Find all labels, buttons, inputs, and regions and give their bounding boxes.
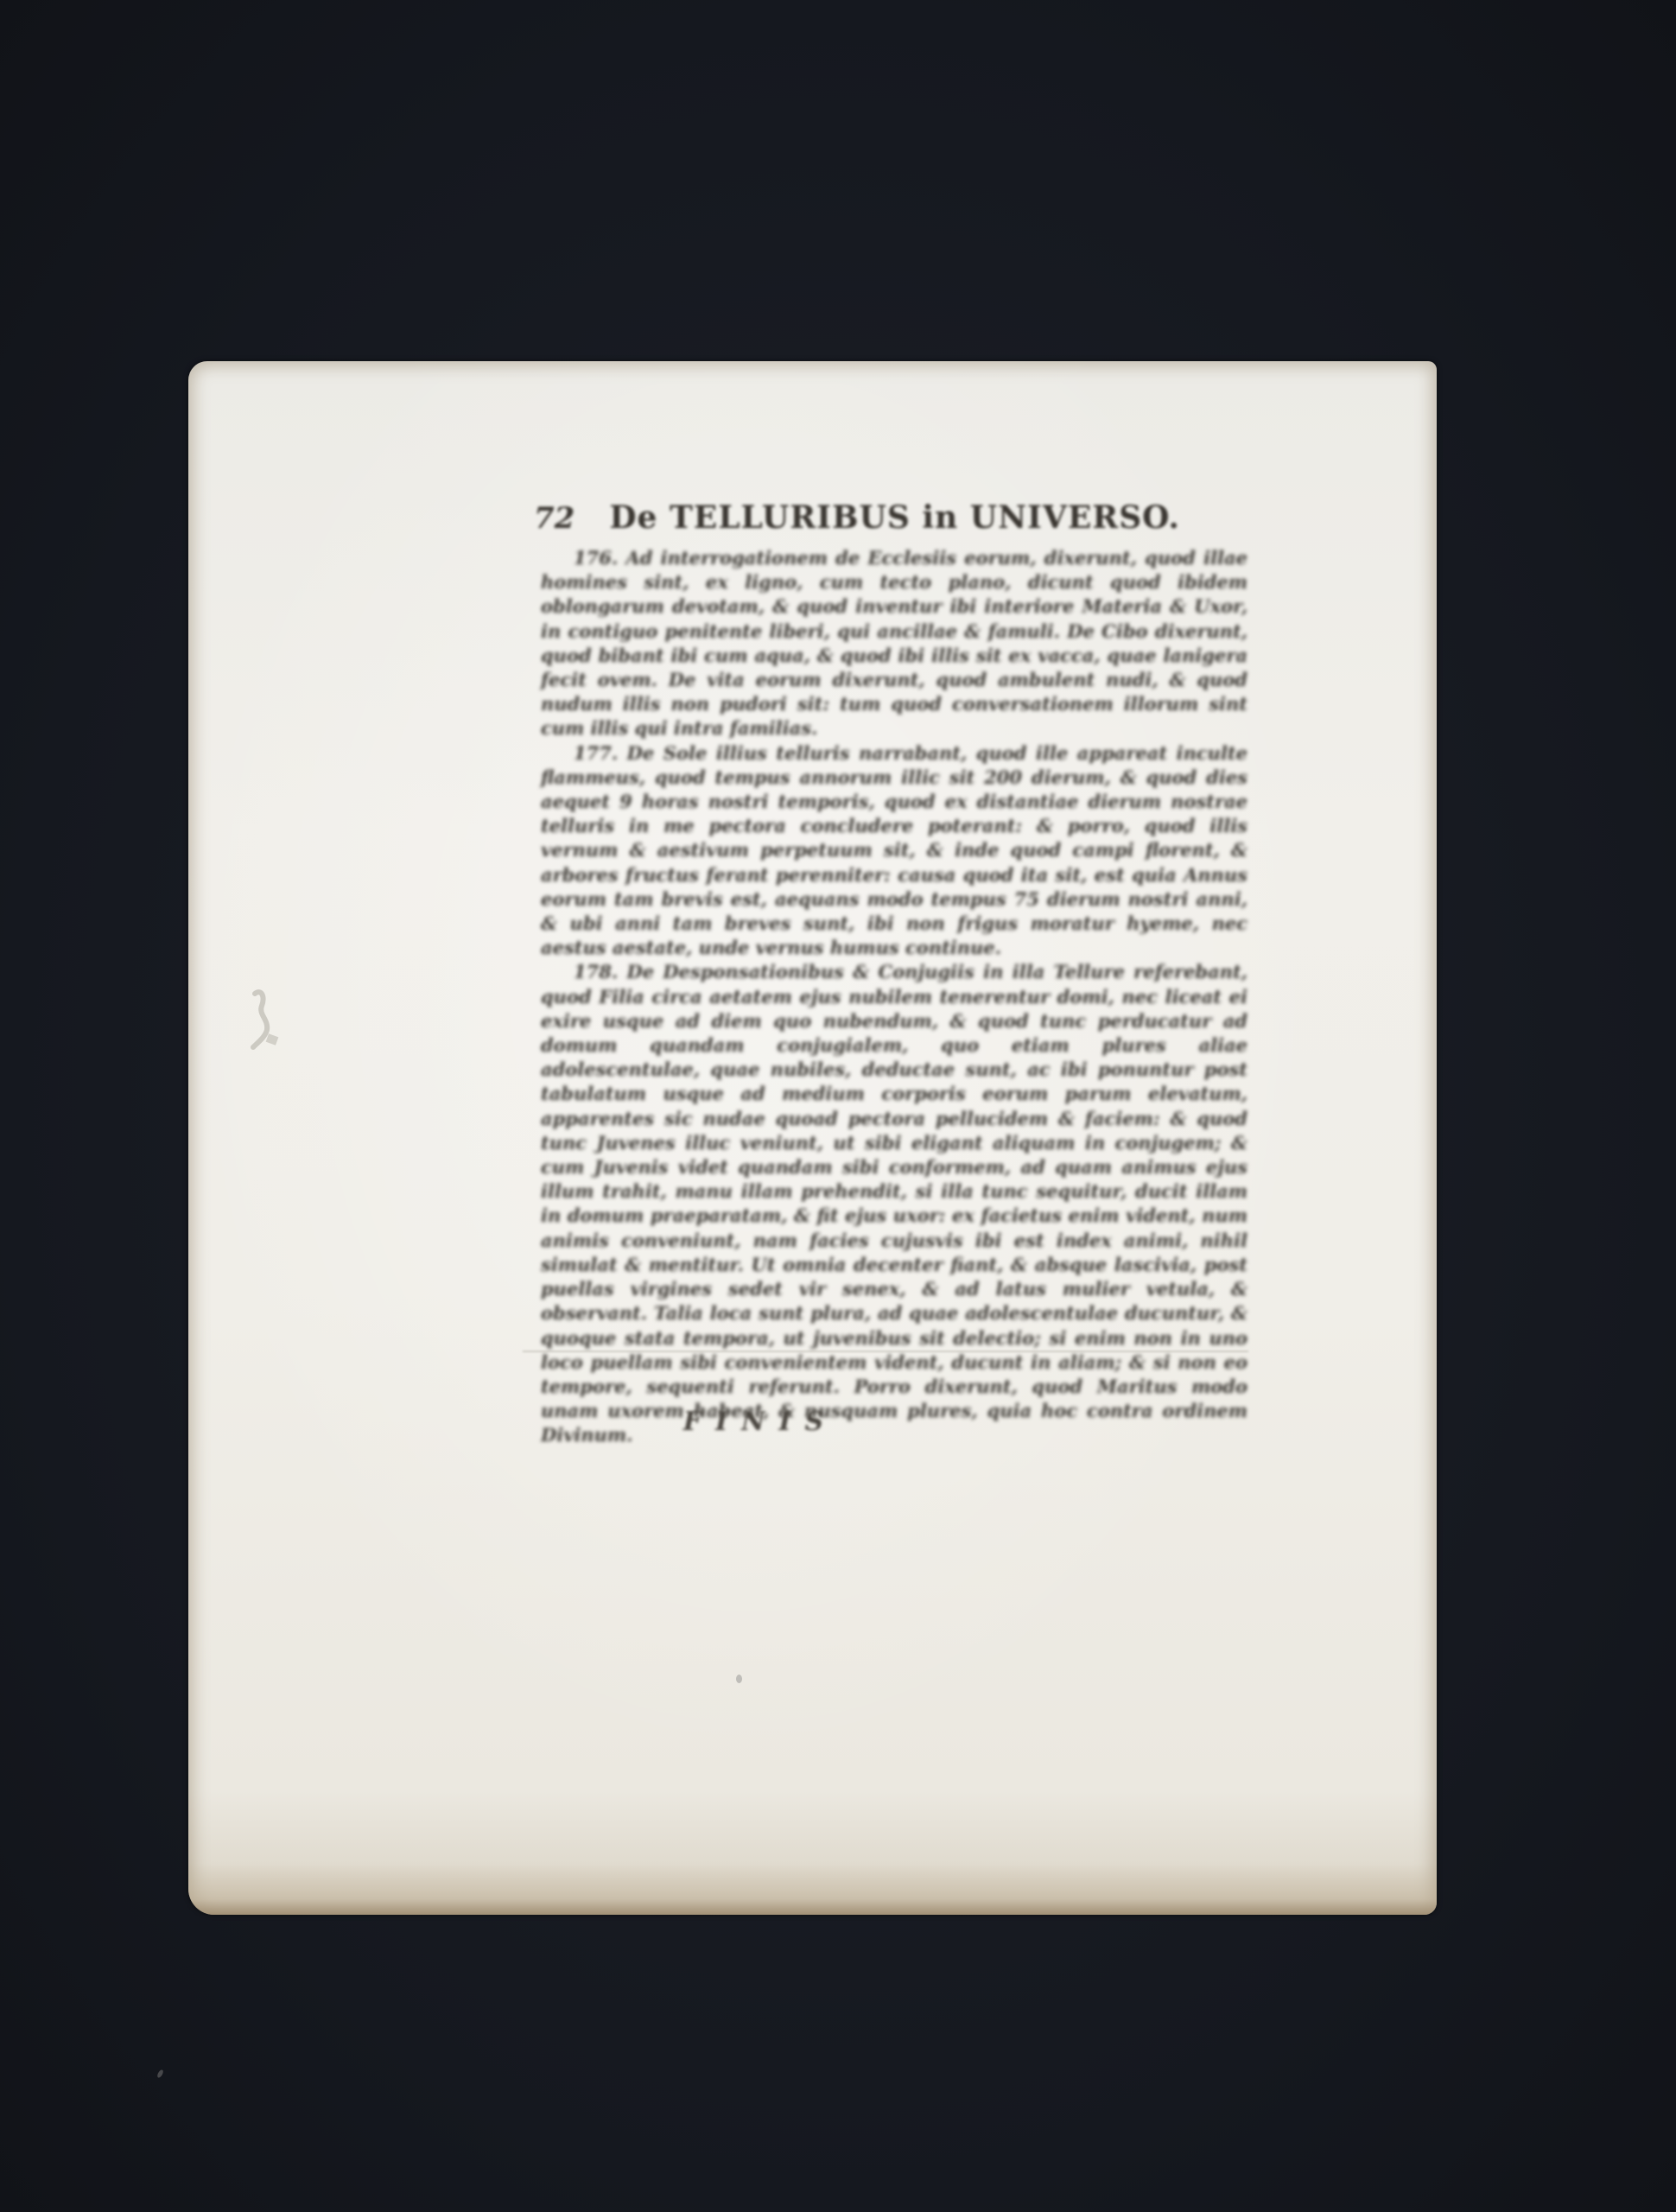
paper-speck xyxy=(736,1675,742,1683)
paragraph-176: 176. Ad interrogationem de Ecclesiis eor… xyxy=(541,546,1247,741)
page-number: 72 xyxy=(534,501,575,536)
bleed-through-rule xyxy=(523,1351,1248,1352)
running-head: 72 De TELLURIBUS in UNIVERSO. xyxy=(534,499,1260,541)
page-worn-edge xyxy=(188,1863,1437,1915)
body-text: 176. Ad interrogationem de Ecclesiis eor… xyxy=(541,546,1247,1448)
paragraph-177: 177. De Sole illius telluris narrabant, … xyxy=(541,741,1247,961)
paragraph-178: 178. De Desponsationibus & Conjugiis in … xyxy=(541,960,1247,1447)
paper-stain-mark xyxy=(246,985,281,1054)
page-title: De TELLURIBUS in UNIVERSO. xyxy=(609,499,1180,536)
finis-mark: FINIS xyxy=(674,1407,847,1437)
